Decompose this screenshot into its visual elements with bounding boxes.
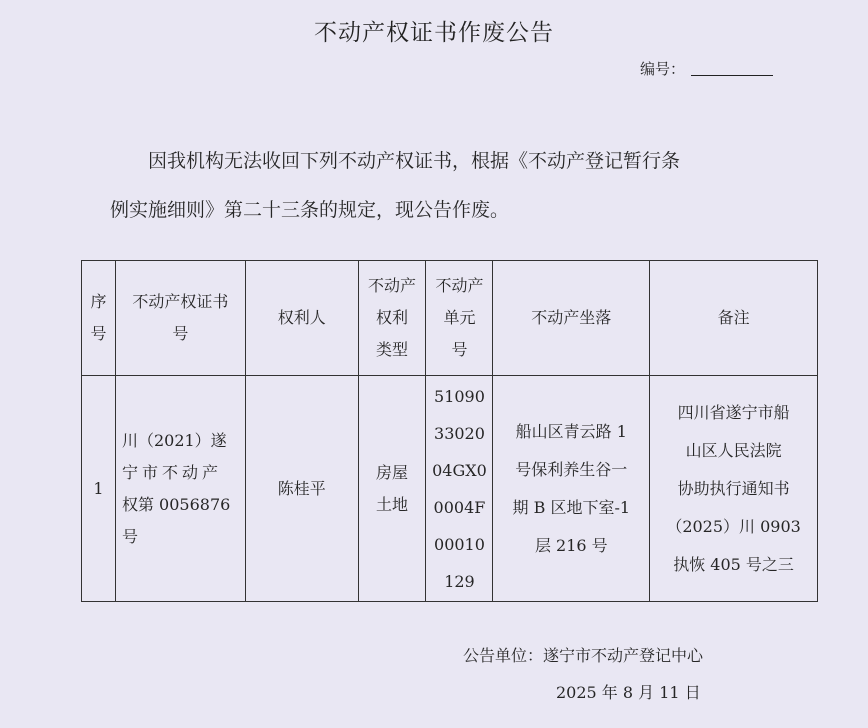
body-paragraph-line-1: 因我机构无法收回下列不动产权证书，根据《不动产登记暂行条 — [148, 146, 680, 173]
header-location: 不动产坐落 — [493, 261, 650, 376]
issue-date: 2025 年 8 月 11 日 — [556, 680, 701, 703]
header-holder: 权利人 — [245, 261, 358, 376]
document-number-blank — [691, 61, 773, 76]
document-number: 编号： — [640, 58, 773, 79]
header-unit-no: 不动产 单元 号 — [426, 261, 493, 376]
header-right-type: 不动产 权利 类型 — [358, 261, 426, 376]
cell-unit-no: 51090 33020 04GX0 0004F 00010 129 — [426, 376, 493, 602]
header-index: 序 号 — [82, 261, 116, 376]
header-cert-no: 不动产权证书 号 — [115, 261, 245, 376]
document-title: 不动产权证书作废公告 — [0, 14, 868, 47]
document-number-label: 编号： — [640, 58, 685, 79]
cell-right-type: 房屋 土地 — [358, 376, 426, 602]
issuing-organization: 公告单位：遂宁市不动产登记中心 — [463, 643, 703, 666]
cell-index: 1 — [82, 376, 116, 602]
table-row: 1 川（2021）遂 宁市不动产 权第 0056876 号 陈桂平 房屋 土地 … — [82, 376, 818, 602]
cell-cert-no: 川（2021）遂 宁市不动产 权第 0056876 号 — [115, 376, 245, 602]
header-remark: 备注 — [650, 261, 818, 376]
cell-location: 船山区青云路 1 号保利养生谷一 期 B 区地下室-1 层 216 号 — [493, 376, 650, 602]
cell-holder: 陈桂平 — [245, 376, 358, 602]
table-header-row: 序 号 不动产权证书 号 权利人 不动产 权利 类型 不动产 单元 号 不动产坐… — [82, 261, 818, 376]
void-certificate-table: 序 号 不动产权证书 号 权利人 不动产 权利 类型 不动产 单元 号 不动产坐… — [81, 260, 818, 602]
body-paragraph-line-2: 例实施细则》第二十三条的规定，现公告作废。 — [110, 195, 509, 222]
cell-remark: 四川省遂宁市船 山区人民法院 协助执行通知书 （2025）川 0903 执恢 4… — [650, 376, 818, 602]
